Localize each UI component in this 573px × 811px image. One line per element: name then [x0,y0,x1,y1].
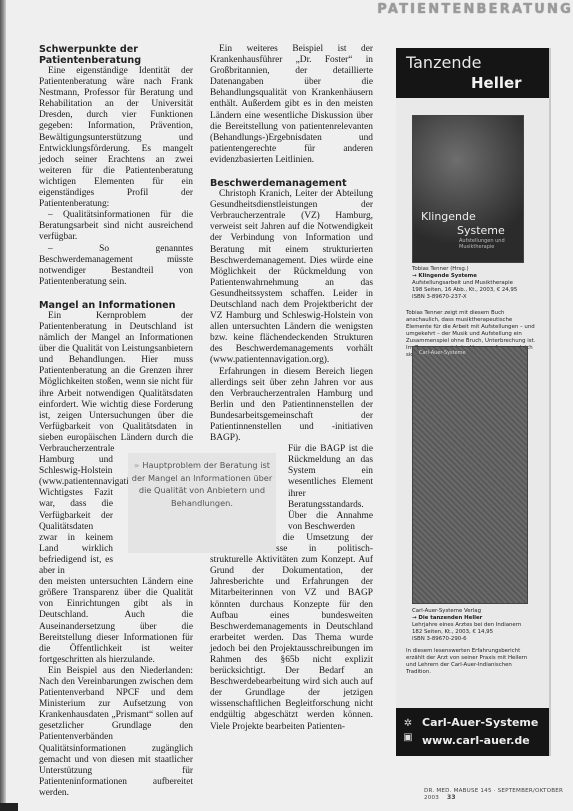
paragraph: Ein Kernproblem der Patientenberatung in… [39,311,193,455]
publisher-url: www.carl-auer.de [422,734,530,747]
paragraph: Ein Beispiel aus den Niederlanden: Nach … [39,666,193,799]
book-isbn: ISBN 3-89670-290-6 [412,636,537,643]
paragraph: Erfahrungen in diesem Bereich liegen all… [210,367,373,445]
book-details: 198 Seiten, 16 Abb., Kt., 2003, € 24,95 [412,287,537,294]
book-author: Tobias Tenner (Hrsg.) [412,266,537,273]
ad-header: Tanzende Heller [396,48,549,98]
page-footer: DR. MED. MABUSE 145 · SEPTEMBER/OKTOBER … [424,788,573,801]
paragraph: Ein weiteres Beispiel ist der Krankenhau… [210,44,373,166]
dash-item: – So genanntes Beschwerdemanagement müss… [39,244,193,288]
paragraph-wrapped: Hamburg und Schleswig-Holstein (www.pati… [39,455,113,577]
book-cover-klingende-systeme: Klingende Systeme Aufstellungen und Musi… [412,115,524,263]
book-title: → Die tanzenden Heller [412,615,537,622]
book-cover-tanzende-heller: Carl-Auer-Systeme [412,346,528,604]
pull-quote-text: Hauptproblem der Beratung ist der Mangel… [132,460,272,508]
book-subtitle: Aufstellungsarbeit und Musiktherapie [412,280,537,287]
book-subtitle: Lehrjahre eines Arztes bei den Indianern [412,622,537,629]
paragraph: den meisten untersuchten Ländern eine gr… [39,577,193,666]
heading-beschwerdemanagement: Beschwerdemanagement [210,178,373,189]
paragraph: hinaus gehört die Umsetzung der Beratung… [210,533,373,733]
pull-quote: »Hauptproblem der Beratung ist der Mange… [128,453,276,553]
heading-schwerpunkte: Schwerpunkte der Patientenberatung [39,44,193,66]
book-publisher: Carl-Auer-Systeme Verlag [412,608,537,615]
heading-mangel: Mangel an Informationen [39,300,193,311]
cover-title: Systeme [457,224,505,237]
book1-details: Tobias Tenner (Hrsg.) → Klingende System… [412,266,537,301]
page-number: 33 [447,794,456,801]
book-isbn: ISBN 3-89670-237-X [412,294,537,301]
publisher-name: Carl-Auer-Systeme [422,716,538,729]
ad-footer: ✲▣ Carl-Auer-Systeme www.carl-auer.de [396,708,549,756]
cover-subtitle: Aufstellungen und Musiktherapie [459,238,523,250]
advertisement-sidebar: Tanzende Heller Klingende Systeme Aufste… [396,48,551,756]
dash-item: – Qualitätsinformationen für die Beratun… [39,210,193,243]
book2-description: In diesem lesenswerten Erfahrungsbericht… [406,648,538,676]
left-column: Schwerpunkte der Patientenberatung Eine … [39,44,193,799]
page-spine-shadow [0,0,6,811]
middle-column: Ein weiteres Beispiel ist der Krankenhau… [210,44,373,733]
section-header: PATIENTENBERATUNG [377,2,573,17]
paragraph: Eine eigenständige Identität der Patient… [39,66,193,210]
book-title: → Klingende Systeme [412,273,537,280]
journal-info: DR. MED. MABUSE 145 · SEPTEMBER/OKTOBER … [424,788,563,801]
cover-title: Carl-Auer-Systeme [419,350,466,356]
quote-mark-icon: » [134,460,139,470]
paragraph: Christoph Kranich, Leiter der Abteilung … [210,189,373,367]
ad-title-line1: Tanzende [406,53,481,72]
paragraph-wrapped: Für die BAGP ist die Rückmeldung an das … [288,444,373,533]
page-corner-mark [0,803,18,811]
publisher-logo-icon: ✲▣ [402,717,414,745]
book-details: 182 Seiten, Kt., 2003, € 14,95 [412,629,537,636]
ad-title-line2: Heller [471,74,522,92]
cover-title: Klingende [421,210,476,223]
book2-details: Carl-Auer-Systeme Verlag → Die tanzenden… [412,608,537,643]
